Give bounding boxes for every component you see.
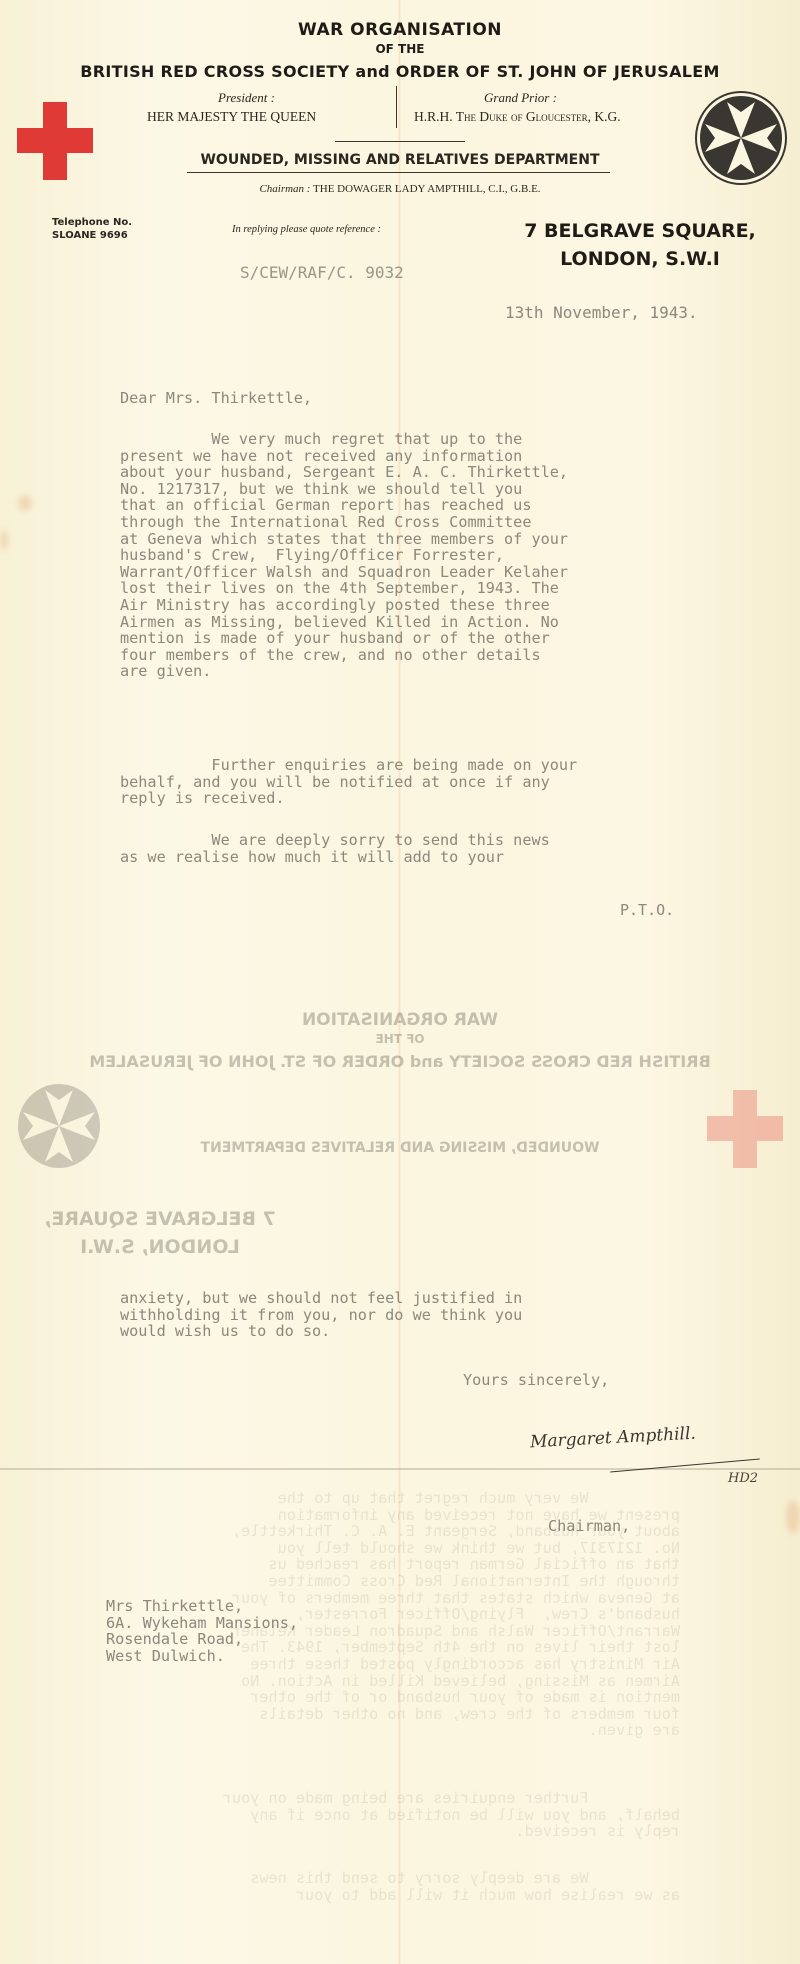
paragraph-3: We are deeply sorry to send this news as… [120,832,550,865]
ghost-st-john-emblem-icon [12,1078,106,1174]
chairman-label: Chairman : [259,183,310,195]
telephone-label: Telephone No. [52,216,132,229]
ghost-address-2: LONDON, S.W.I [30,1236,290,1258]
org-subtitle: OF THE [0,42,800,56]
telephone-block: Telephone No. SLOANE 9696 [52,216,132,242]
department-underline [187,172,610,173]
ghost-title: WAR ORGANISATION [0,1010,800,1030]
letter-date: 13th November, 1943. [505,305,698,322]
chairman-line: Chairman : THE DOWAGER LADY AMPTHILL, C.… [0,183,800,195]
st-john-cross-emblem-icon [694,90,788,186]
ghost-paragraph-3: We are deeply sorry to send this news as… [250,1870,680,1903]
reply-reference-label: In replying please quote reference : [232,224,381,235]
org-title: WAR ORGANISATION [0,20,800,40]
letterhead-divider [396,86,397,128]
closing: Yours sincerely, [463,1372,609,1389]
red-cross-icon [17,102,93,180]
paper-stain [18,495,32,511]
ghost-address-1: 7 BELGRAVE SQUARE, [30,1208,290,1230]
ghost-paragraph-2: Further enquiries are being made on your… [223,1790,680,1840]
address-line-2: LONDON, S.W.I [510,248,770,270]
president-label: President : [218,90,275,106]
ghost-org-name: BRITISH RED CROSS SOCIETY and ORDER OF S… [0,1052,800,1071]
show-through-text: We very much regret that up to the prese… [0,1470,800,1964]
grand-prior-label: Grand Prior : [484,90,557,106]
department-name: WOUNDED, MISSING AND RELATIVES DEPARTMEN… [0,152,800,168]
chairman-name: THE DOWAGER LADY AMPTHILL, C.I., G.B.E. [313,183,541,195]
president-name: HER MAJESTY THE QUEEN [147,109,316,125]
telephone-number: SLOANE 9696 [52,229,132,242]
address-line-1: 7 BELGRAVE SQUARE, [510,220,770,242]
salutation: Dear Mrs. Thirkettle, [120,390,312,407]
please-turn-over: P.T.O. [620,902,674,919]
paragraph-1: We very much regret that up to the prese… [120,431,568,680]
reference-number: S/CEW/RAF/C. 9032 [240,265,404,282]
show-through-letterhead: WAR ORGANISATION OF THE BRITISH RED CROS… [0,990,800,1250]
letterhead-rule [335,141,465,142]
ghost-red-cross-icon [707,1090,783,1168]
ghost-subtitle: OF THE [0,1032,800,1046]
grand-prior-name: H.R.H. The Duke of Gloucester, K.G. [414,109,621,125]
ghost-department: WOUNDED, MISSING AND RELATIVES DEPARTMEN… [0,1140,800,1156]
org-full-name: BRITISH RED CROSS SOCIETY and ORDER OF S… [0,62,800,81]
ghost-paragraph-1: We very much regret that up to the prese… [232,1490,680,1739]
continuation-paragraph: anxiety, but we should not feel justifie… [120,1290,522,1340]
paper-stain [0,530,8,550]
paragraph-2: Further enquiries are being made on your… [120,757,577,807]
